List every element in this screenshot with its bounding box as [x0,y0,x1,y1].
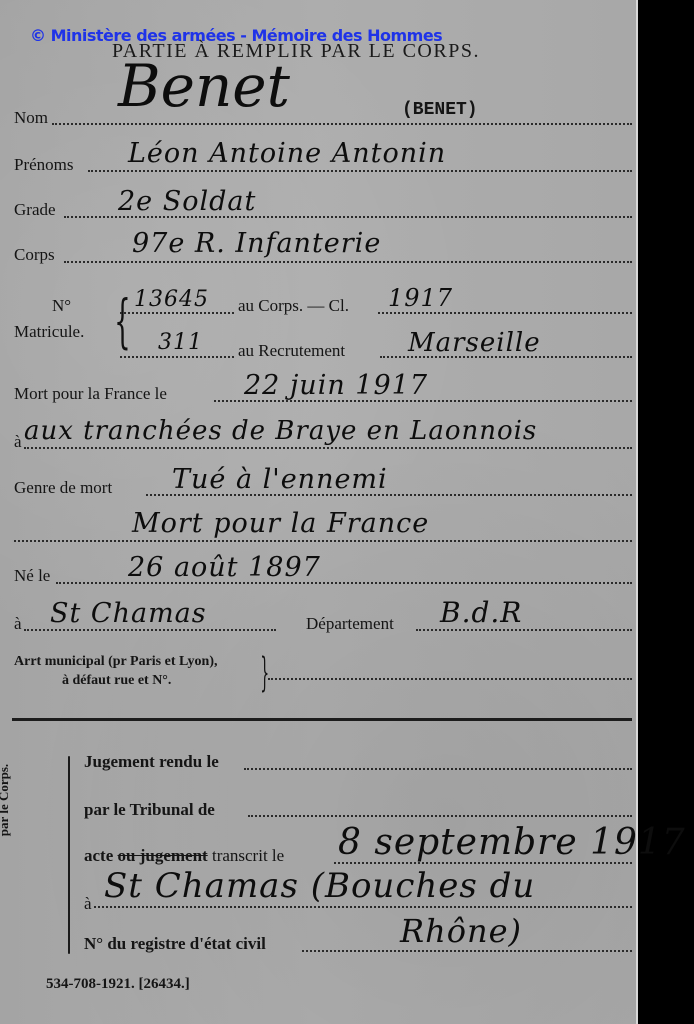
transcrit-value: 8 septembre 1917 [338,822,686,863]
matricule-corps-label: au Corps. — Cl. [238,296,349,316]
registre-label: N° du registre d'état civil [84,934,266,954]
departement-line [416,629,632,631]
form-reference: 534-708-1921. [26434.] [46,976,190,993]
section2-bracket [68,756,70,954]
grade-label: Grade [14,200,56,220]
matricule-corps-number: 13645 [134,287,209,312]
prenoms-value: Léon Antoine Antonin [128,138,446,169]
arrondissement-line [268,678,632,680]
lieu-mort-label: à [14,432,22,452]
jugement-line [244,768,632,770]
lieu-mort-value: aux tranchées de Braye en Laonnois [24,416,537,446]
lieu-transcrit-value-line2: Rhône) [400,912,522,950]
copyright-watermark: © Ministère des armées - Mémoire des Hom… [30,26,442,45]
lieu-transcrit-label: à [84,894,92,914]
recrutement-place-value: Marseille [408,328,541,358]
side-note-line3: par le Corps. [0,735,11,865]
transcrit-label-start: acte [84,846,113,865]
classe-value: 1917 [388,284,453,312]
naissance-value: 26 août 1897 [128,552,321,583]
lieu-naissance-label: à [14,614,22,634]
section-divider [12,718,632,721]
classe-line [378,312,632,314]
lieu-mort-line [24,447,632,449]
lieu-transcrit-value: St Chamas (Bouches du [104,866,535,906]
matricule-recrutement-line [120,356,234,358]
transcrit-label-end: transcrit le [212,846,284,865]
grade-value: 2e Soldat [118,186,256,217]
arrondissement-label-line1: Arrt municipal (pr Paris et Lyon), [14,654,218,670]
transcrit-label-struck: ou jugement [118,846,208,865]
arrondissement-label-line2: à défaut rue et N°. [62,673,171,689]
side-note: Cette partie n'est pas à remplir par le … [0,735,11,865]
mort-label: Mort pour la France le [14,384,167,404]
mention-line [14,540,632,542]
matricule-recrutement-label: au Recrutement [238,341,345,361]
prenoms-label: Prénoms [14,155,74,175]
death-record-card: © Ministère des armées - Mémoire des Hom… [0,0,638,1024]
prenoms-line [88,170,632,172]
matricule-label-top: N° [52,296,71,316]
mention-value: Mort pour la France [132,508,429,539]
lieu-naissance-line [24,629,276,631]
nom-typed: (BENET) [402,100,478,120]
departement-value: B.d.R [440,596,522,629]
matricule-corps-line [120,312,234,314]
matricule-label-bottom: Matricule. [14,322,84,342]
corps-value: 97e R. Infanterie [132,228,381,259]
registre-line [302,950,632,952]
mort-value: 22 juin 1917 [244,370,428,401]
matricule-brace: { [114,287,131,355]
tribunal-label: par le Tribunal de [84,800,215,820]
nom-line [52,123,632,125]
departement-label: Département [306,614,394,634]
corps-label: Corps [14,245,55,265]
lieu-naissance-value: St Chamas [50,598,207,629]
lieu-transcrit-line [94,906,632,908]
corps-line [64,261,632,263]
genre-mort-value: Tué à l'ennemi [172,464,388,495]
nom-value: Benet [118,52,290,120]
arrondissement-brace: } [260,650,269,696]
matricule-recrutement-number: 311 [158,330,203,355]
nom-label: Nom [14,108,48,128]
naissance-label: Né le [14,566,50,586]
tribunal-line [248,815,632,817]
transcrit-label: acte ou jugement transcrit le [84,846,284,866]
jugement-label: Jugement rendu le [84,752,219,772]
genre-mort-label: Genre de mort [14,478,112,498]
